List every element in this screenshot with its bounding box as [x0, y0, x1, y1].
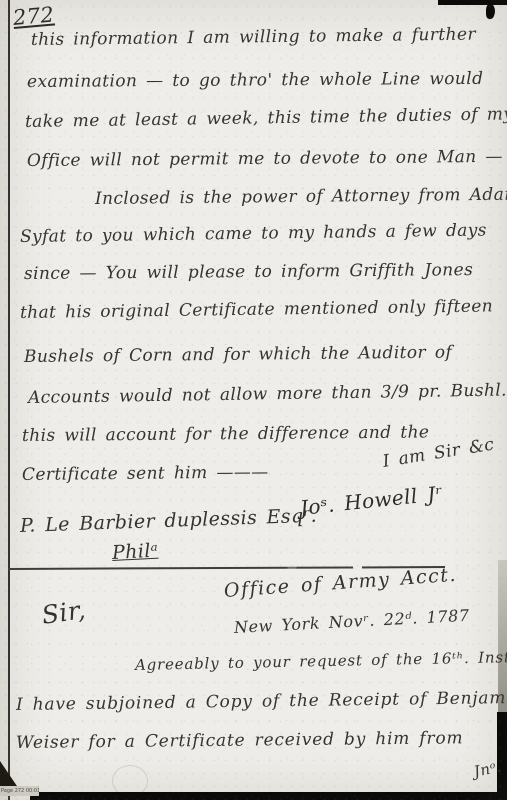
page-number: 272: [12, 2, 55, 30]
manuscript-line: I have subjoined a Copy of the Receipt o…: [16, 688, 507, 715]
manuscript-line: Office will not permit me to devote to o…: [27, 147, 503, 171]
manuscript-line: Accounts would not allow more than 3/9 p…: [28, 380, 507, 408]
manuscript-line: Certificate sent him ———: [22, 462, 269, 485]
scan-artifact-top-blob: [486, 4, 495, 19]
manuscript-line: since — You will please to inform Griffi…: [24, 260, 473, 284]
manuscript-line: Syfat to you which came to my hands a fe…: [20, 220, 487, 247]
binding-edge-line: [8, 0, 10, 800]
manuscript-line: Weiser for a Certificate received by him…: [16, 728, 464, 753]
signature: Joˢ. Howell Jʳ: [299, 481, 444, 520]
microfilm-frame-label: Page 272 00:01: [0, 786, 39, 796]
office-heading: Office of Army Acct.: [223, 564, 457, 602]
manuscript-page: 272 this information I am willing to mak…: [0, 0, 507, 800]
salutation: Sir,: [40, 595, 87, 630]
manuscript-line: that his original Certificate mentioned …: [20, 296, 493, 323]
manuscript-line: examination — to go thro' the whole Line…: [27, 69, 484, 92]
scan-artifact-bottom-bar: [30, 792, 507, 800]
scan-left-margin: [0, 0, 8, 800]
addressee-line: P. Le Barbier duplessis Esqʳ.: [20, 505, 318, 537]
place-line: Philᵃ: [111, 540, 158, 564]
scan-artifact-right-black: [497, 712, 507, 800]
manuscript-line: take me at least a week, this time the d…: [25, 104, 507, 132]
manuscript-line: Bushels of Corn and for which the Audito…: [24, 343, 452, 367]
manuscript-line: this information I am willing to make a …: [31, 25, 476, 50]
dateline: New York Novʳ. 22ᵈ. 1787: [234, 606, 471, 637]
manuscript-line: Agreeably to your request of the 16ᵗʰ. I…: [135, 648, 507, 674]
manuscript-line: Inclosed is the power of Attorney from A…: [95, 185, 507, 209]
manuscript-line: this will account for the difference and…: [22, 422, 430, 446]
scan-artifact-top-bar: [438, 0, 507, 5]
